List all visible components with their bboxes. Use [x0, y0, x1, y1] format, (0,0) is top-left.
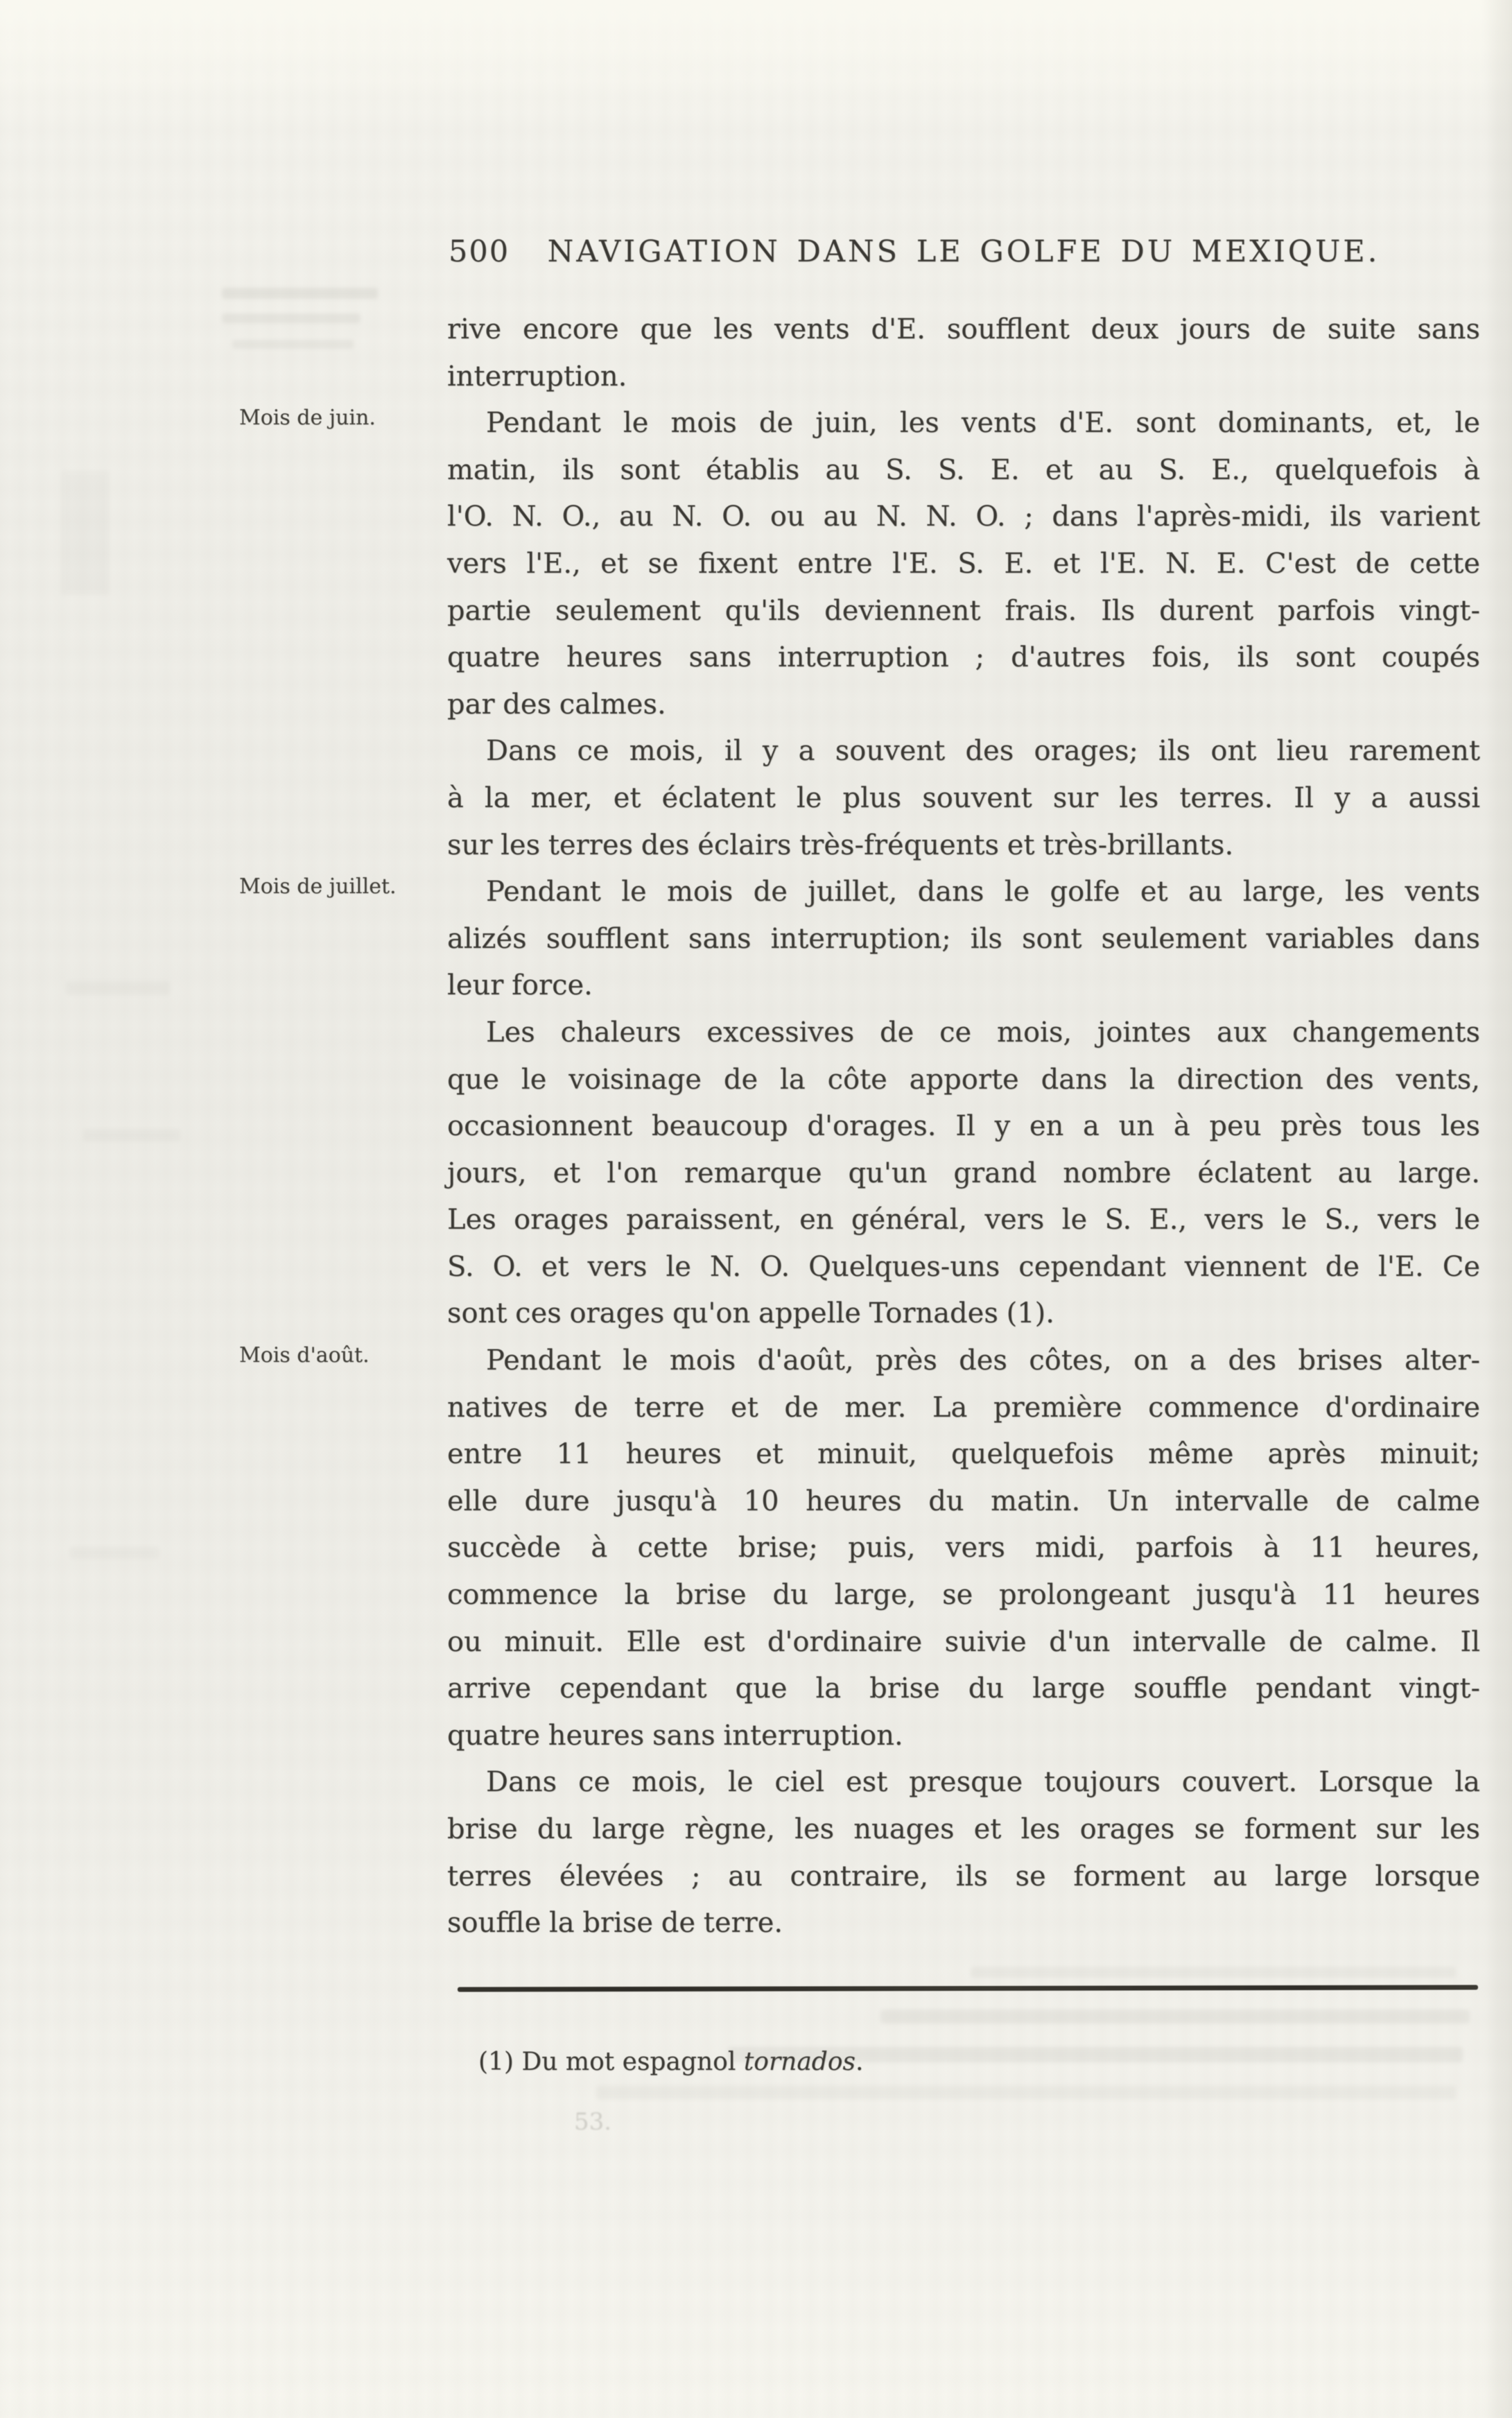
text-line: Les orages paraissent, en général, vers … — [447, 1197, 1480, 1244]
paper-top-light-band — [0, 0, 1512, 118]
text-line: Pendant le mois de juin, les vents d'E. … — [447, 400, 1480, 447]
text-line: que le voisinage de la côte apporte dans… — [447, 1057, 1480, 1104]
text-line: à la mer, et éclatent le plus souvent su… — [447, 775, 1480, 822]
text-line: rive encore que les vents d'E. soufflent… — [447, 306, 1480, 354]
bleed-through-artifact — [222, 313, 360, 323]
page-header: 500 NAVIGATION DANS LE GOLFE DU MEXIQUE. — [447, 234, 1480, 273]
text-line: terres élevées ; au contraire, ils se fo… — [447, 1854, 1480, 1901]
bleed-through-artifact — [222, 288, 378, 299]
scanned-book-page: { "page": { "number": "500", "running_ti… — [0, 0, 1512, 2418]
text-line: Dans ce mois, le ciel est presque toujou… — [447, 1759, 1480, 1806]
text-line: Pendant le mois de juillet, dans le golf… — [447, 869, 1480, 916]
text-line: arrive cependant que la brise du large s… — [447, 1666, 1480, 1713]
bleed-through-artifact — [61, 470, 110, 595]
bleed-through-artifact — [69, 1546, 159, 1559]
footnote-text: (1) Du mot espagnol — [478, 2048, 744, 2076]
printer-signature-mark: 53. — [574, 2108, 611, 2136]
bleed-through-artifact — [232, 340, 354, 349]
text-line: quatre heures sans interruption ; d'autr… — [447, 634, 1480, 682]
text-line: Pendant le mois d'août, près des côtes, … — [447, 1338, 1480, 1385]
text-line: quatre heures sans interruption. — [447, 1713, 1480, 1760]
margin-note-mois-de-juillet: Mois de juillet. — [239, 875, 426, 899]
margin-note-mois-d-aout: Mois d'août. — [239, 1344, 426, 1367]
bleed-through-artifact — [66, 981, 170, 995]
text-line: Dans ce mois, il y a souvent des orages;… — [447, 728, 1480, 775]
text-line: leur force. — [447, 962, 1480, 1010]
text-line: souffle la brise de terre. — [447, 1900, 1480, 1947]
text-line: vers l'E., et se fixent entre l'E. S. E.… — [447, 541, 1480, 588]
text-line: occasionnent beaucoup d'orages. Il y en … — [447, 1103, 1480, 1150]
footnote-rule — [458, 1985, 1478, 1992]
footnote-period: . — [855, 2048, 863, 2076]
margin-note-mois-de-juin: Mois de juin. — [239, 406, 426, 430]
text-line: S. O. et vers le N. O. Quelques-uns cepe… — [447, 1244, 1480, 1291]
text-line: alizés soufflent sans interruption; ils … — [447, 916, 1480, 963]
text-line: jours, et l'on remarque qu'un grand nomb… — [447, 1150, 1480, 1198]
text-line: par des calmes. — [447, 682, 1480, 729]
bleed-through-artifact — [880, 2010, 1470, 2023]
text-line: Les chaleurs excessives de ce mois, join… — [447, 1010, 1480, 1057]
text-line: elle dure jusqu'à 10 heures du matin. Un… — [447, 1478, 1480, 1526]
text-line: brise du large règne, les nuages et les … — [447, 1806, 1480, 1854]
text-line: matin, ils sont établis au S. S. E. et a… — [447, 447, 1480, 494]
text-line: sont ces orages qu'on appelle Tornades (… — [447, 1290, 1480, 1338]
running-title: NAVIGATION DANS LE GOLFE DU MEXIQUE. — [447, 234, 1480, 269]
text-line: l'O. N. O., au N. O. ou au N. N. O. ; da… — [447, 494, 1480, 541]
footnote: (1) Du mot espagnol tornados. — [478, 2047, 1449, 2078]
text-line: interruption. — [447, 354, 1480, 401]
bleed-through-artifact — [971, 1967, 1456, 1978]
paper-right-edge-shadow — [1481, 0, 1512, 2418]
footnote-italic-word: tornados — [744, 2048, 855, 2076]
bleed-through-artifact — [83, 1129, 180, 1141]
text-line: succède à cette brise; puis, vers midi, … — [447, 1525, 1480, 1572]
bleed-through-artifact — [596, 2086, 1456, 2100]
text-line: entre 11 heures et minuit, quelquefois m… — [447, 1431, 1480, 1478]
text-line: partie seulement qu'ils deviennent frais… — [447, 588, 1480, 635]
text-line: natives de terre et de mer. La première … — [447, 1385, 1480, 1432]
text-line: sur les terres des éclairs très-fréquent… — [447, 822, 1480, 870]
text-line: commence la brise du large, se prolongea… — [447, 1572, 1480, 1619]
body-text: rive encore que les vents d'E. soufflent… — [447, 306, 1480, 1947]
text-line: ou minuit. Elle est d'ordinaire suivie d… — [447, 1619, 1480, 1666]
